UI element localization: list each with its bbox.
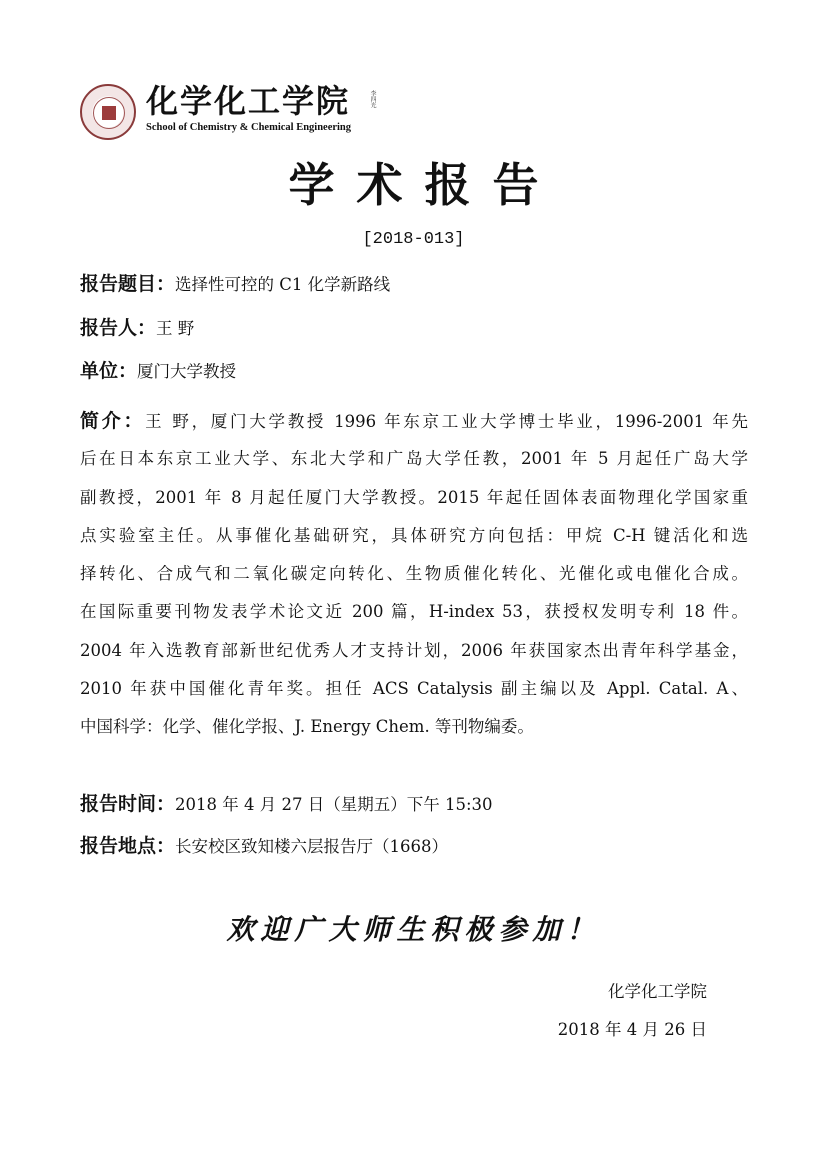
place-label: 报告地点： bbox=[80, 835, 175, 857]
speaker-label: 报告人： bbox=[80, 317, 156, 339]
topic-row: 报告题目：选择性可控的 C1 化学新路线 bbox=[80, 272, 390, 297]
bio-line: 副教授，2001 年 8 月起任厦门大学教授。2015 年起任固体表面物理化学国… bbox=[80, 482, 748, 520]
time-row: 报告时间：2018 年 4 月 27 日（星期五）下午 15:30 bbox=[80, 792, 493, 817]
organizer-signature: 化学化工学院 bbox=[608, 978, 707, 1002]
unit-row: 单位：厦门大学教授 bbox=[80, 359, 236, 384]
bio-section: 简介：王 野，厦门大学教授 1996 年东京工业大学博士毕业，1996-2001… bbox=[80, 405, 748, 750]
unit-value: 厦门大学教授 bbox=[137, 362, 236, 381]
speaker-row: 报告人：王 野 bbox=[80, 316, 194, 341]
issue-date: 2018 年 4 月 26 日 bbox=[558, 1016, 707, 1040]
topic-value: 选择性可控的 C1 化学新路线 bbox=[175, 275, 390, 294]
logo-english-name: School of Chemistry & Chemical Engineeri… bbox=[146, 122, 351, 133]
time-value: 2018 年 4 月 27 日（星期五）下午 15:30 bbox=[175, 795, 493, 814]
bio-line: 2004 年入选教育部新世纪优秀人才支持计划，2006 年获国家杰出青年科学基金… bbox=[80, 635, 748, 673]
page-title: 学术报告 bbox=[0, 155, 827, 215]
bio-line: 简介：王 野，厦门大学教授 1996 年东京工业大学博士毕业，1996-2001… bbox=[80, 405, 748, 443]
place-value: 长安校区致知楼六层报告厅（1668） bbox=[175, 837, 448, 856]
bio-line: 中国科学：化学、催化学报、J. Energy Chem. 等刊物编委。 bbox=[80, 711, 748, 749]
school-seal-icon bbox=[80, 84, 136, 140]
bio-line: 2010 年获中国催化青年奖。担任 ACS Catalysis 副主编以及 Ap… bbox=[80, 673, 748, 711]
bio-label: 简介： bbox=[80, 410, 145, 432]
speaker-value: 王 野 bbox=[156, 319, 194, 338]
bio-line: 择转化、合成气和二氧化碳定向转化、生物质催化转化、光催化或电催化合成。 bbox=[80, 558, 748, 596]
document-code: [2018-013] bbox=[0, 230, 827, 249]
place-row: 报告地点：长安校区致知楼六层报告厅（1668） bbox=[80, 834, 448, 859]
logo-signature: 李四光 bbox=[368, 90, 377, 108]
bio-line: 在国际重要刊物发表学术论文近 200 篇，H-index 53，获授权发明专利 … bbox=[80, 596, 748, 634]
school-logo: 化学化工学院 School of Chemistry & Chemical En… bbox=[80, 82, 350, 142]
topic-label: 报告题目： bbox=[80, 273, 175, 295]
unit-label: 单位： bbox=[80, 360, 137, 382]
time-label: 报告时间： bbox=[80, 793, 175, 815]
bio-line: 点实验室主任。从事催化基础研究，具体研究方向包括：甲烷 C-H 键活化和选 bbox=[80, 520, 748, 558]
bio-line: 后在日本东京工业大学、东北大学和广岛大学任教，2001 年 5 月起任广岛大学 bbox=[80, 443, 748, 481]
logo-chinese-name: 化学化工学院 bbox=[146, 82, 350, 120]
welcome-message: 欢迎广大师生积极参加！ bbox=[0, 908, 827, 948]
